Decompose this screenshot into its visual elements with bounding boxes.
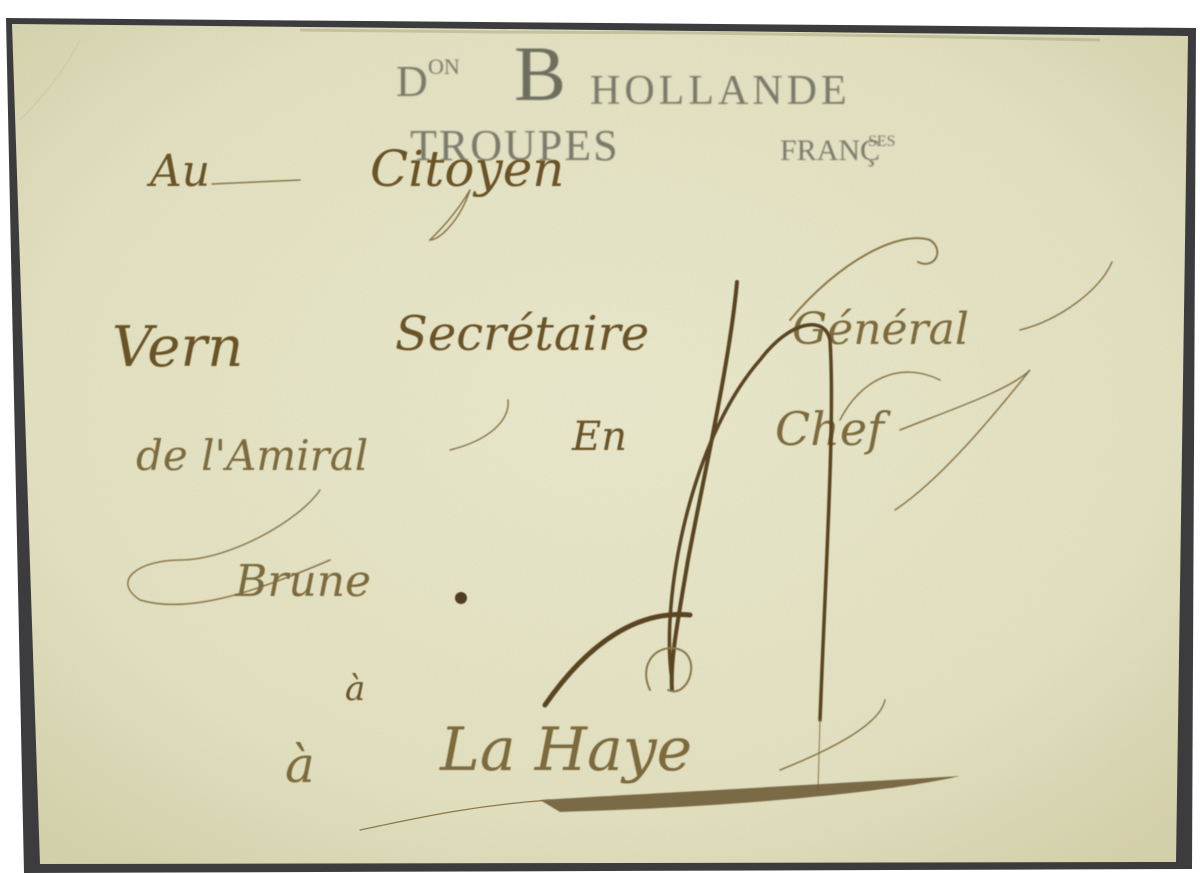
address-brune: Brune — [234, 556, 371, 607]
postmark-prefix-sup: ON — [428, 54, 460, 79]
postmark-word-francaises-sup: SES — [868, 133, 896, 150]
address-au: Au — [146, 146, 210, 197]
ink-blot — [455, 592, 467, 604]
postmark-word-hollande: HOLLANDE — [590, 68, 851, 114]
address-la-haye: La Haye — [439, 715, 692, 785]
letter-cover-image: D ON B HOLLANDE TROUPES FRANÇ SES Au Cit… — [0, 0, 1200, 873]
address-general: Général — [792, 304, 969, 355]
address-a: à — [285, 736, 315, 794]
address-secretaire: Secrétaire — [395, 306, 649, 362]
address-a-accent: à — [345, 669, 365, 709]
address-vern: Vern — [112, 315, 243, 380]
postmark-big-letter: B — [514, 30, 566, 117]
postmark-prefix: D — [396, 57, 428, 106]
address-de-l-amiral: de l'Amiral — [136, 431, 368, 480]
address-citoyen: Citoyen — [370, 140, 564, 198]
postmark-word-francaises: FRANÇ — [780, 134, 880, 167]
letter-cover-svg: D ON B HOLLANDE TROUPES FRANÇ SES Au Cit… — [0, 0, 1200, 873]
address-en: En — [571, 414, 627, 460]
